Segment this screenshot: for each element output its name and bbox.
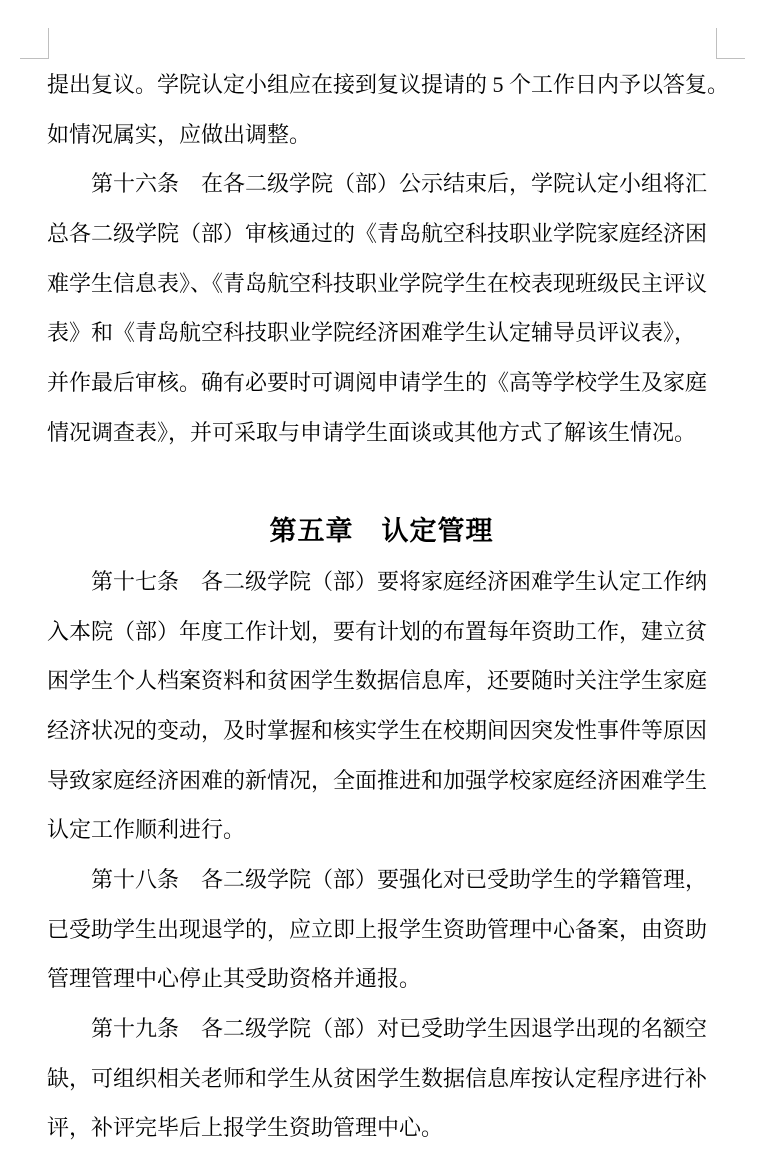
document-line: 第十九条 各二级学院（部）对已受助学生因退学出现的名额空 (47, 1004, 716, 1054)
document-line: 第十七条 各二级学院（部）要将家庭经济困难学生认定工作纳 (47, 557, 716, 607)
chapter-heading: 第五章 认定管理 (47, 507, 716, 557)
document-content: 提出复议。学院认定小组应在接到复议提请的 5 个工作日内予以答复。如情况属实，应… (47, 60, 716, 1153)
document-line: 困学生个人档案资料和贫困学生数据信息库，还要随时关注学生家庭 (47, 656, 716, 706)
document-line: 认定工作顺利进行。 (47, 805, 716, 855)
document-line: 提出复议。学院认定小组应在接到复议提请的 5 个工作日内予以答复。 (47, 60, 716, 110)
document-line: 经济状况的变动，及时掌握和核实学生在校期间因突发性事件等原因 (47, 706, 716, 756)
document-line: 缺，可组织相关老师和学生从贫困学生数据信息库按认定程序进行补 (47, 1054, 716, 1104)
margin-crop-mark-top-left (20, 28, 49, 59)
document-line: 第十八条 各二级学院（部）要强化对已受助学生的学籍管理， (47, 855, 716, 905)
document-page: 提出复议。学院认定小组应在接到复议提请的 5 个工作日内予以答复。如情况属实，应… (0, 0, 761, 1166)
document-line: 难学生信息表》、《青岛航空科技职业学院学生在校表现班级民主评议 (47, 259, 716, 309)
blank-line (47, 458, 716, 508)
document-line: 管理管理中心停止其受助资格并通报。 (47, 954, 716, 1004)
document-line: 情况调查表》，并可采取与申请学生面谈或其他方式了解该生情况。 (47, 408, 716, 458)
document-line: 导致家庭经济困难的新情况，全面推进和加强学校家庭经济困难学生 (47, 756, 716, 806)
document-line: 评，补评完毕后上报学生资助管理中心。 (47, 1103, 716, 1153)
document-line: 已受助学生出现退学的，应立即上报学生资助管理中心备案，由资助 (47, 905, 716, 955)
document-line: 第十六条 在各二级学院（部）公示结束后，学院认定小组将汇 (47, 159, 716, 209)
document-line: 表》和《青岛航空科技职业学院经济困难学生认定辅导员评议表》， (47, 308, 716, 358)
document-line: 并作最后审核。确有必要时可调阅申请学生的《高等学校学生及家庭 (47, 358, 716, 408)
document-line: 入本院（部）年度工作计划，要有计划的布置每年资助工作，建立贫 (47, 607, 716, 657)
document-line: 总各二级学院（部）审核通过的《青岛航空科技职业学院家庭经济困 (47, 209, 716, 259)
document-line: 如情况属实，应做出调整。 (47, 110, 716, 160)
margin-crop-mark-top-right (716, 28, 745, 59)
